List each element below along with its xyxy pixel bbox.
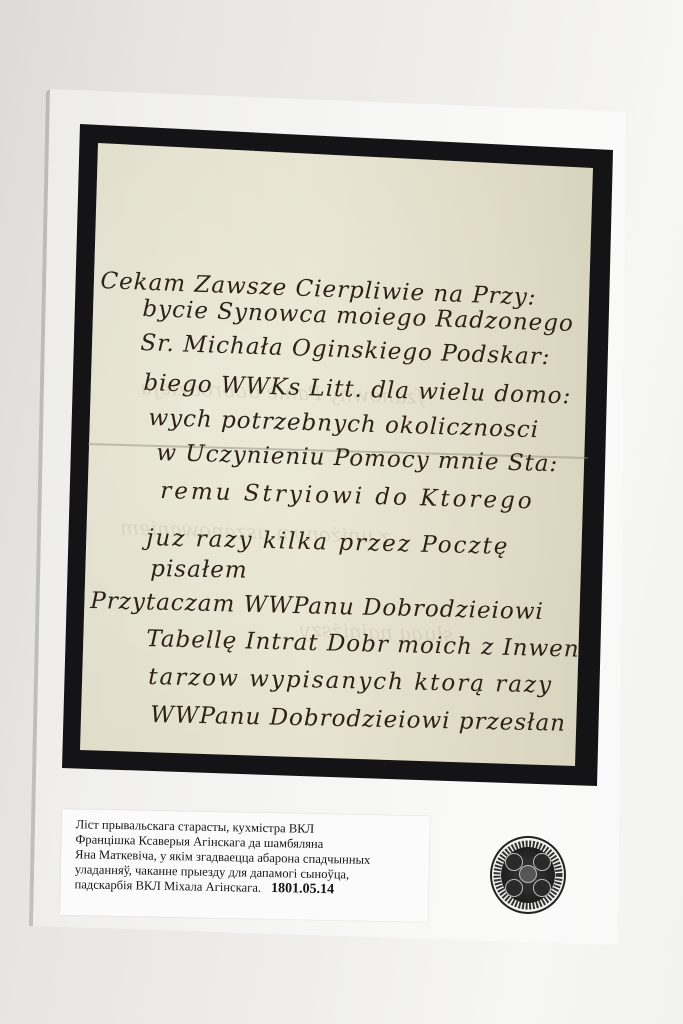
seal-figure-icon [519,865,537,883]
seal-emblem-icon [501,847,555,903]
archive-seal-icon [490,836,566,914]
seal-medallion-icon [533,853,551,871]
letter-line: pisałem [150,556,248,584]
seal-medallion-icon [505,879,523,897]
seal-medallion-icon [533,879,551,897]
exhibit-caption-label: Ліст прывальскага старасты, кухмістра ВК… [60,809,430,922]
caption-line-text: падскарбія ВКЛ Міхала Агінскага. [74,877,261,895]
caption-date: 1801.05.14 [271,881,334,897]
